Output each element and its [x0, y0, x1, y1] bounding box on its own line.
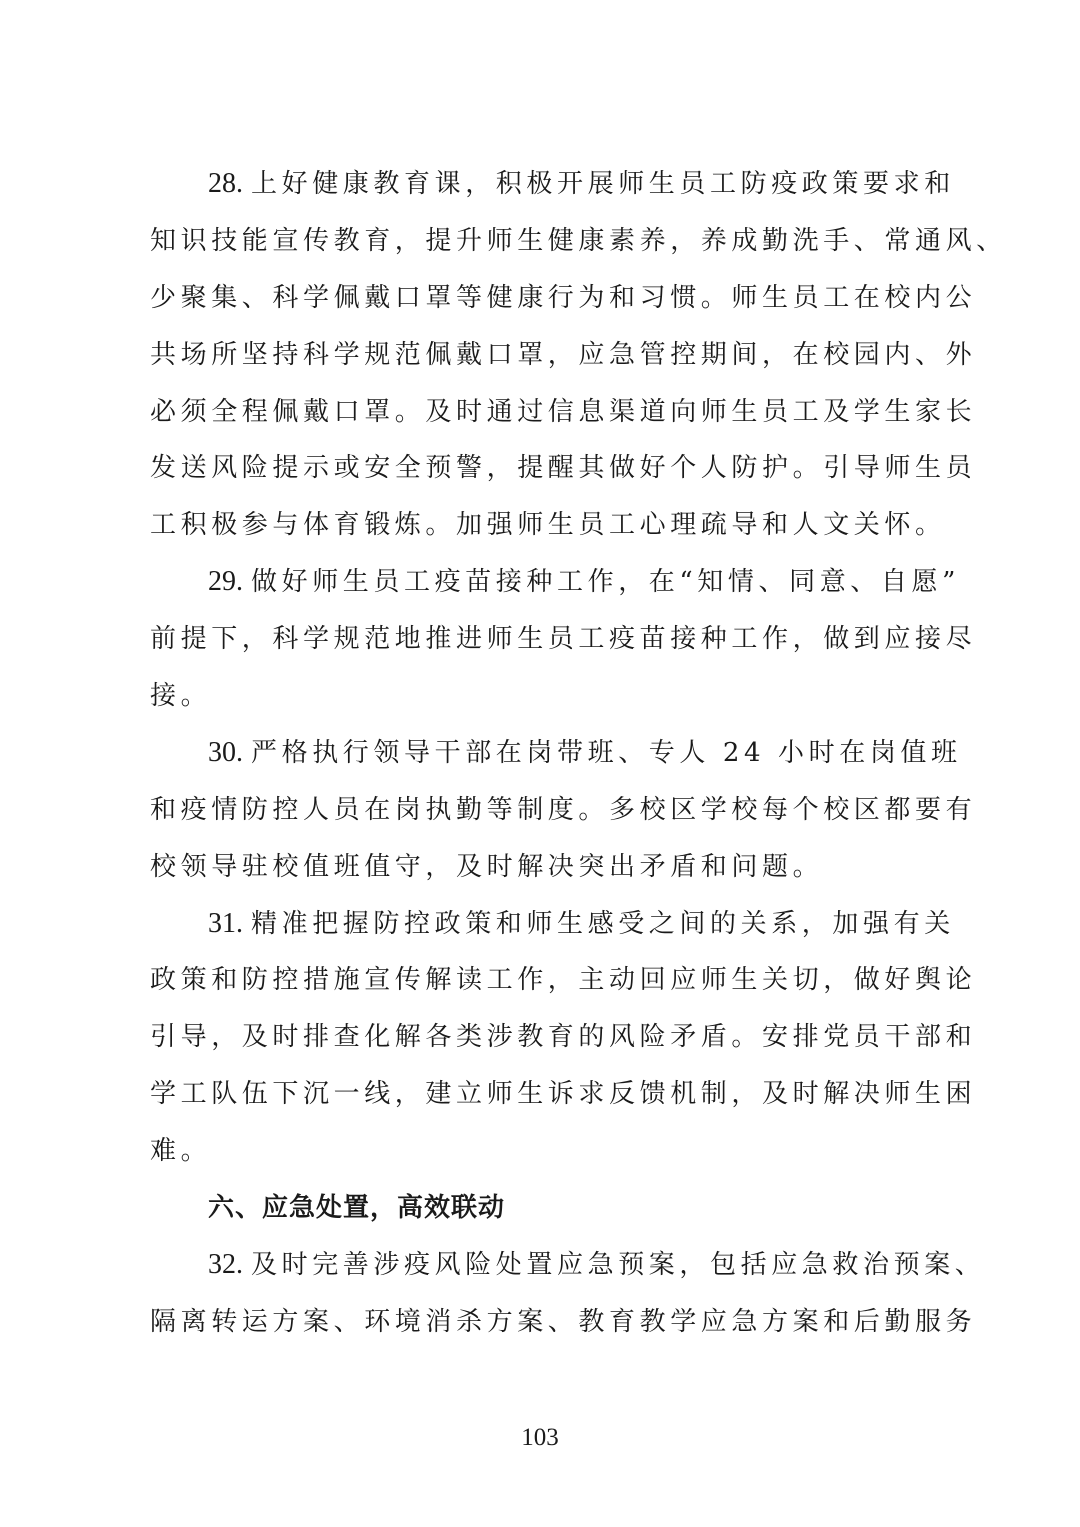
- paragraph-29-line-1: 29.做好师生员工疫苗接种工作，在“知情、同意、自愿”: [150, 560, 946, 617]
- paragraph-29-line-3: 接。: [150, 674, 946, 731]
- item-number: 32.: [208, 1249, 243, 1280]
- paragraph-28-line-3: 少聚集、科学佩戴口罩等健康行为和习惯。师生员工在校内公: [150, 276, 946, 333]
- paragraph-32-line-1: 32.及时完善涉疫风险处置应急预案，包括应急救治预案、: [150, 1243, 946, 1300]
- paragraph-31-line-1: 31.精准把握防控政策和师生感受之间的关系，加强有关: [150, 902, 946, 959]
- paragraph-30-line-2: 和疫情防控人员在岗执勤等制度。多校区学校每个校区都要有: [150, 788, 946, 845]
- paragraph-28-line-6: 发送风险提示或安全预警，提醒其做好个人防护。引导师生员: [150, 446, 946, 503]
- paragraph-32-line-2: 隔离转运方案、环境消杀方案、教育教学应急方案和后勤服务: [150, 1300, 946, 1357]
- paragraph-30-line-3: 校领导驻校值班值守，及时解决突出矛盾和问题。: [150, 845, 946, 902]
- item-number: 29.: [208, 566, 243, 597]
- paragraph-29-line-2: 前提下，科学规范地推进师生员工疫苗接种工作，做到应接尽: [150, 617, 946, 674]
- paragraph-28-line-1: 28.上好健康教育课，积极开展师生员工防疫政策要求和: [150, 162, 946, 219]
- item-number: 30.: [208, 737, 243, 768]
- paragraph-31-line-2: 政策和防控措施宣传解读工作，主动回应师生关切，做好舆论: [150, 958, 946, 1015]
- item-number: 28.: [208, 168, 243, 199]
- paragraph-28-line-2: 知识技能宣传教育，提升师生健康素养，养成勤洗手、常通风、: [150, 219, 946, 276]
- paragraph-31-line-4: 学工队伍下沉一线，建立师生诉求反馈机制，及时解决师生困: [150, 1072, 946, 1129]
- document-body: 28.上好健康教育课，积极开展师生员工防疫政策要求和 知识技能宣传教育，提升师生…: [150, 162, 946, 1357]
- paragraph-28-line-7: 工积极参与体育锻炼。加强师生员工心理疏导和人文关怀。: [150, 503, 946, 560]
- item-number: 31.: [208, 908, 243, 939]
- section-heading: 六、应急处置，高效联动: [150, 1186, 946, 1243]
- page-number: 103: [0, 1424, 1080, 1452]
- paragraph-30-line-1: 30.严格执行领导干部在岗带班、专人 24 小时在岗值班: [150, 731, 946, 788]
- paragraph-28-line-5: 必须全程佩戴口罩。及时通过信息渠道向师生员工及学生家长: [150, 390, 946, 447]
- paragraph-31-line-3: 引导，及时排查化解各类涉教育的风险矛盾。安排党员干部和: [150, 1015, 946, 1072]
- paragraph-28-line-4: 共场所坚持科学规范佩戴口罩，应急管控期间，在校园内、外: [150, 333, 946, 390]
- paragraph-31-line-5: 难。: [150, 1129, 946, 1186]
